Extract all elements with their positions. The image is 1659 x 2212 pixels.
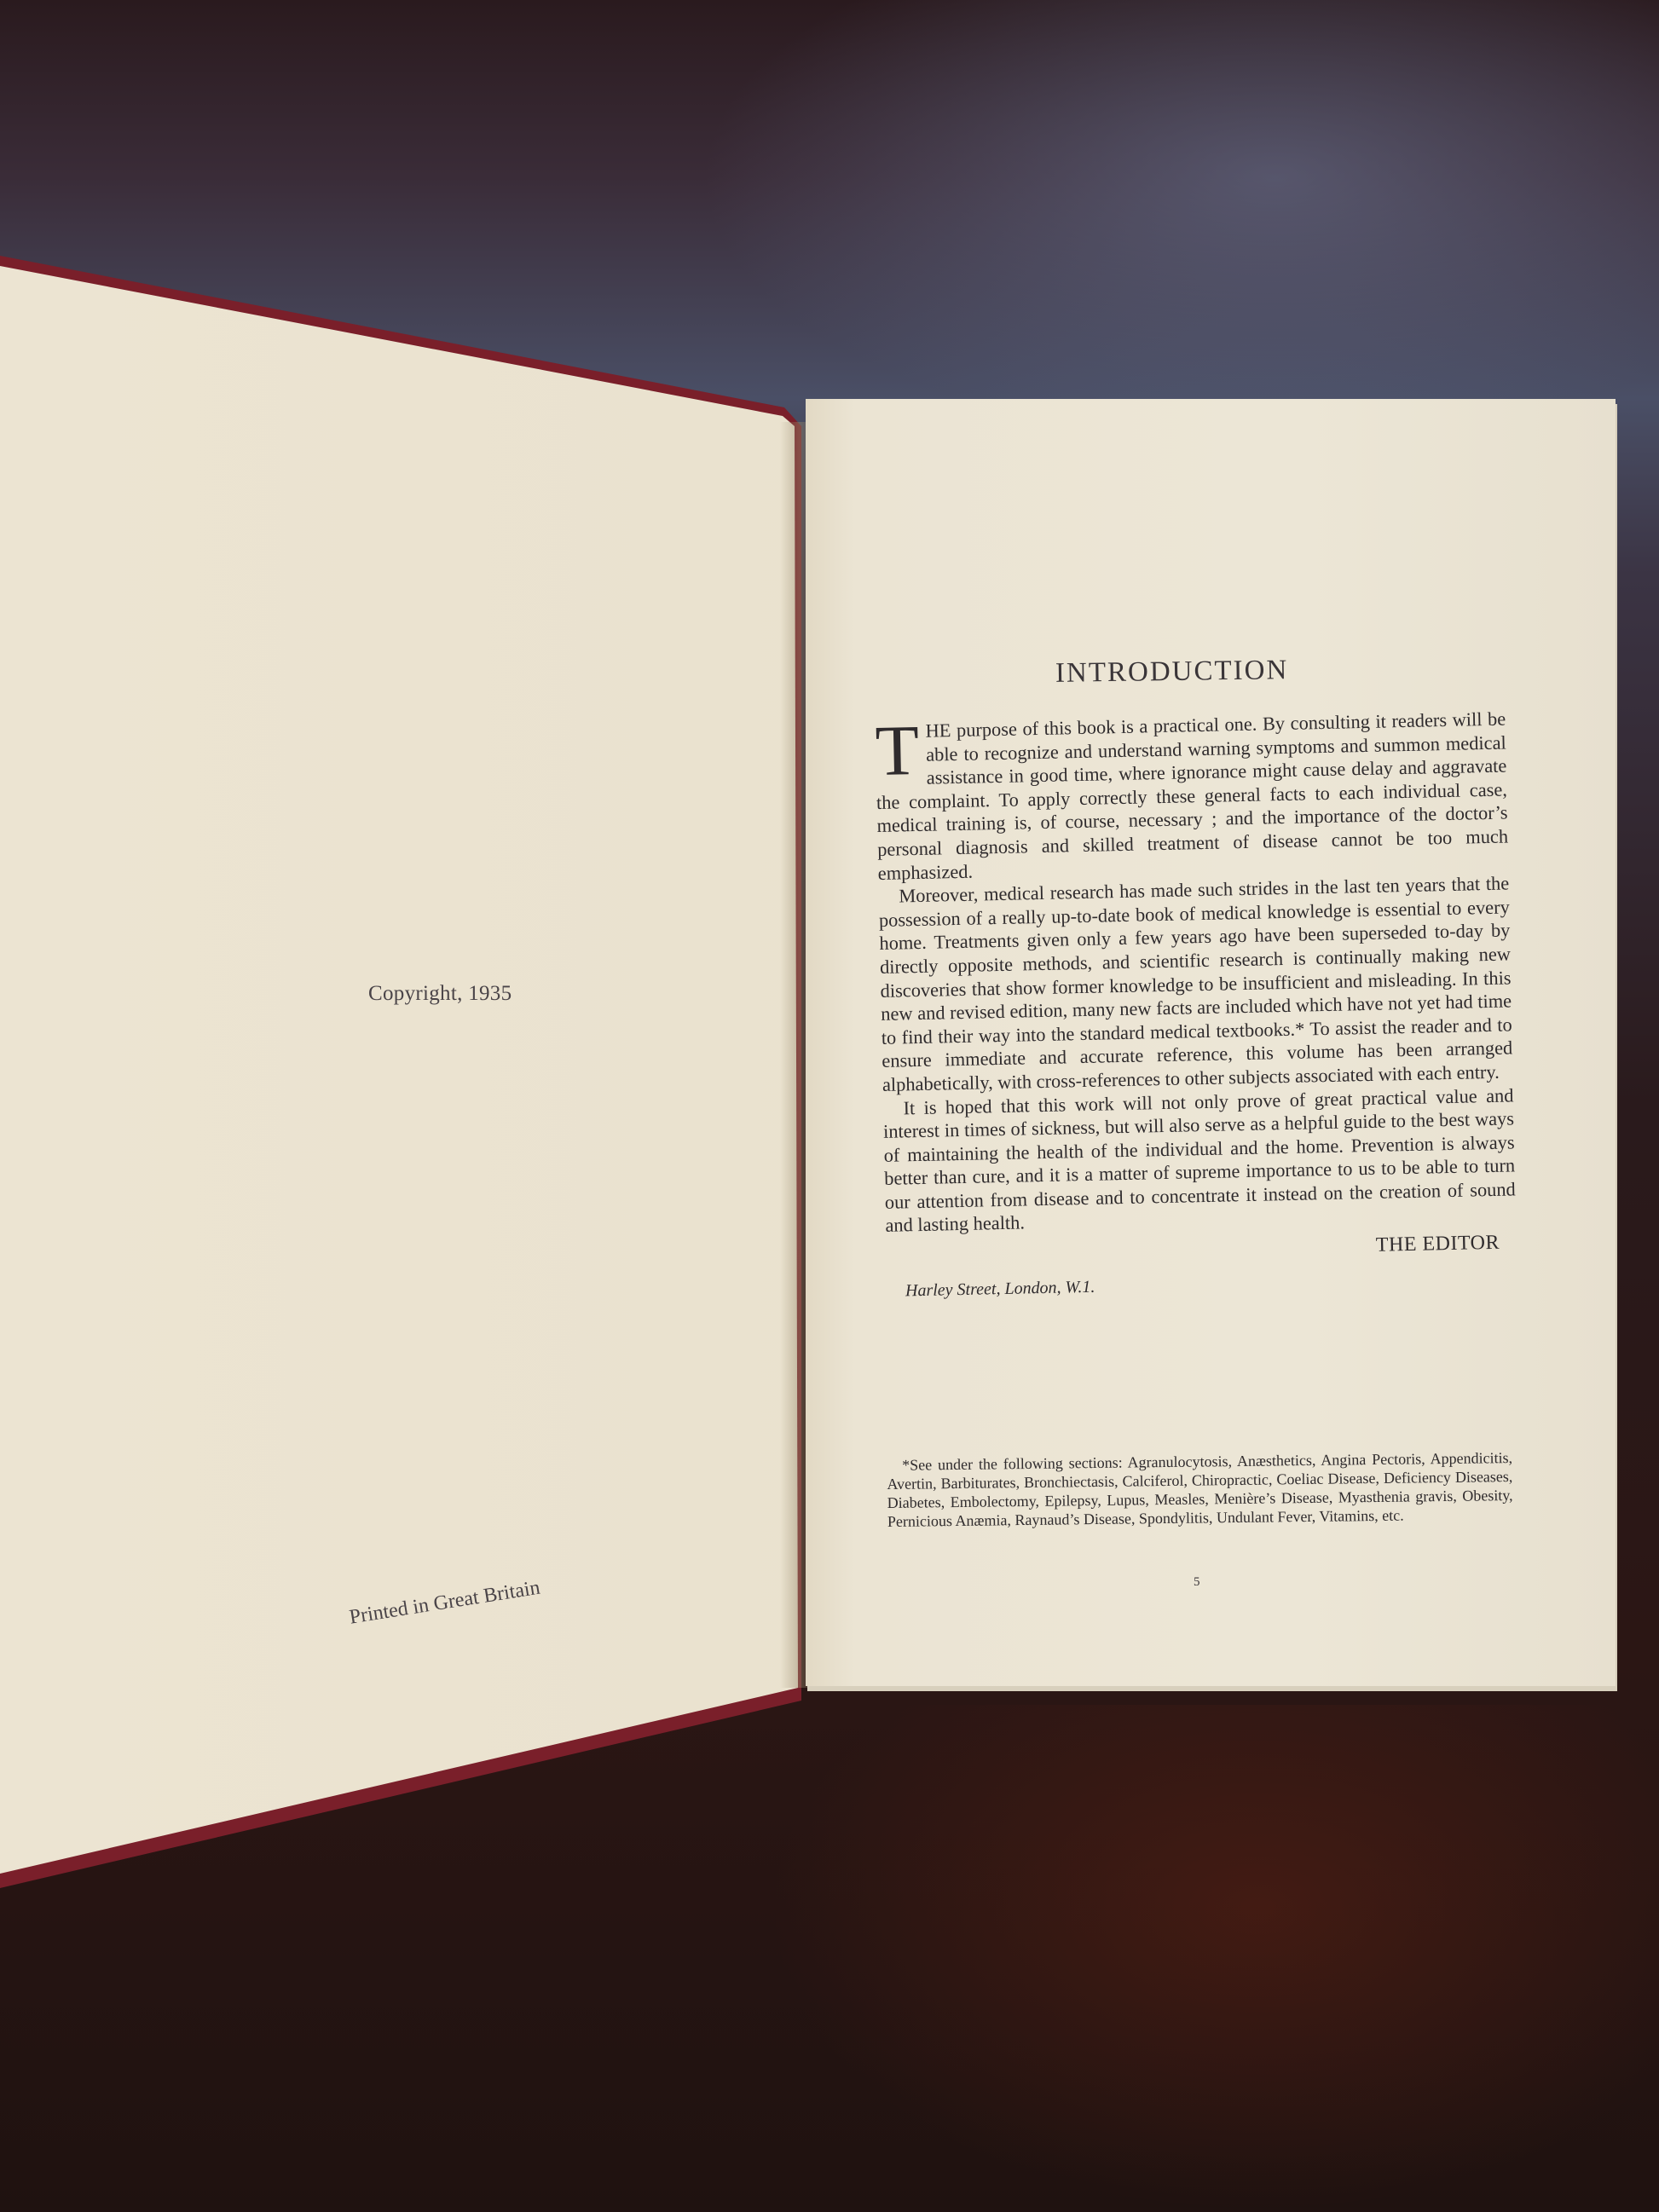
page-number: 5 (1194, 1575, 1200, 1590)
paragraph-2: Moreover, medical research has made such… (878, 872, 1513, 1097)
paragraph-3: It is hoped that this work will not only… (882, 1083, 1516, 1238)
page-title: INTRODUCTION (1055, 655, 1289, 690)
introduction-body: THE purpose of this book is a practical … (875, 707, 1517, 1304)
footnote-text: *See under the following sections: Agran… (887, 1448, 1513, 1531)
footnote: *See under the following sections: Agran… (887, 1448, 1513, 1531)
table-wood-grain-glow (767, 1705, 1659, 2212)
editor-signoff: THE EDITOR (886, 1232, 1500, 1268)
table-light-reflection (699, 0, 1659, 443)
copyright-notice: Copyright, 1935 (368, 982, 512, 1006)
paragraph-1: THE purpose of this book is a practical … (875, 707, 1509, 886)
drop-cap: T (875, 723, 920, 780)
